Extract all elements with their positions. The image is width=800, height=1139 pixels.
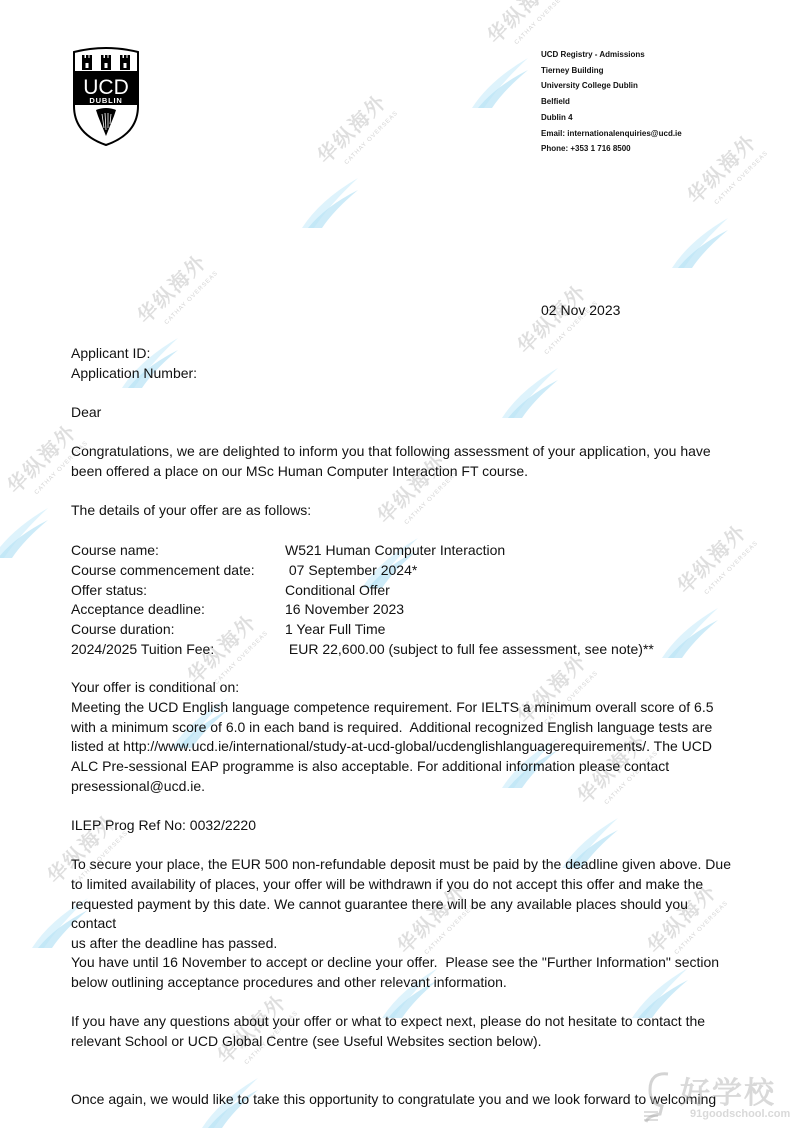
detail-row-tuition-fee: 2024/2025 Tuition Fee: EUR 22,600.00 (su… bbox=[71, 640, 654, 660]
deadline-paragraph: You have until 16 November to accept or … bbox=[71, 953, 731, 993]
detail-value: 16 November 2023 bbox=[285, 600, 404, 620]
cathay-overseas-watermark: 华纵海外CATHAY OVERSEAS bbox=[670, 180, 800, 270]
goodschool-url: 91goodschool.com bbox=[690, 1108, 790, 1120]
detail-label: Offer status: bbox=[71, 581, 285, 601]
goodschool-watermark: 好学校 91goodschool.com bbox=[640, 1068, 790, 1128]
address-line: UCD Registry - Admissions bbox=[541, 47, 682, 63]
deposit-line: requested payment by this date. We canno… bbox=[71, 895, 731, 935]
swoosh-icon bbox=[300, 170, 360, 230]
applicant-info: Applicant ID: Application Number: bbox=[71, 344, 731, 384]
detail-row-commencement: Course commencement date: 07 September 2… bbox=[71, 561, 654, 581]
intro-line: Congratulations, we are delighted to inf… bbox=[71, 442, 731, 462]
cathay-overseas-watermark: 华纵海外CATHAY OVERSEAS bbox=[200, 1040, 350, 1130]
conditions-line: with a minimum score of 6.0 in each band… bbox=[71, 718, 731, 738]
conditions-line: presessional@ucd.ie. bbox=[71, 777, 731, 797]
questions-line: relevant School or UCD Global Centre (se… bbox=[71, 1032, 731, 1052]
swoosh-icon bbox=[660, 600, 720, 660]
deadline-line: You have until 16 November to accept or … bbox=[71, 953, 731, 973]
goodschool-name: 好学校 bbox=[680, 1068, 776, 1112]
detail-label: Course name: bbox=[71, 541, 285, 561]
address-line: University College Dublin bbox=[541, 78, 682, 94]
letter-date: 02 Nov 2023 bbox=[541, 302, 620, 318]
swoosh-icon bbox=[470, 50, 530, 110]
address-email: Email: internationalenquiries@ucd.ie bbox=[541, 126, 682, 142]
address-line: Dublin 4 bbox=[541, 110, 682, 126]
questions-paragraph: If you have any questions about your off… bbox=[71, 1012, 731, 1052]
svg-text:DUBLIN: DUBLIN bbox=[89, 96, 122, 105]
detail-value: Conditional Offer bbox=[285, 581, 390, 601]
offer-details-table: Course name: W521 Human Computer Interac… bbox=[71, 541, 654, 660]
swoosh-icon bbox=[670, 210, 730, 270]
detail-label: Course duration: bbox=[71, 620, 285, 640]
details-intro: The details of your offer are as follows… bbox=[71, 501, 731, 521]
conditions-line: listed at http://www.ucd.ie/internationa… bbox=[71, 737, 731, 757]
conditions-heading: Your offer is conditional on: bbox=[71, 678, 731, 698]
conditions-line: ALC Pre-sessional EAP programme is also … bbox=[71, 757, 731, 777]
detail-label: 2024/2025 Tuition Fee: bbox=[71, 640, 285, 660]
address-line: Tierney Building bbox=[541, 63, 682, 79]
detail-row-acceptance-deadline: Acceptance deadline: 16 November 2023 bbox=[71, 600, 654, 620]
detail-row-offer-status: Offer status: Conditional Offer bbox=[71, 581, 654, 601]
sender-address: UCD Registry - Admissions Tierney Buildi… bbox=[541, 47, 682, 157]
salutation: Dear bbox=[71, 403, 731, 423]
detail-label: Course commencement date: bbox=[71, 561, 285, 581]
address-line: Belfield bbox=[541, 94, 682, 110]
cathay-overseas-watermark: 华纵海外CATHAY OVERSEAS bbox=[660, 570, 800, 660]
address-phone: Phone: +353 1 716 8500 bbox=[541, 141, 682, 157]
conditions-line: Meeting the UCD English language compete… bbox=[71, 698, 731, 718]
deadline-line: below outlining acceptance procedures an… bbox=[71, 973, 731, 993]
goodschool-logo-icon bbox=[640, 1070, 680, 1126]
detail-label: Acceptance deadline: bbox=[71, 600, 285, 620]
ucd-logo: UCD DUBLIN bbox=[72, 44, 140, 146]
intro-line: been offered a place on our MSc Human Co… bbox=[71, 462, 731, 482]
conditions-section: Your offer is conditional on: Meeting th… bbox=[71, 678, 731, 797]
applicant-id-label: Applicant ID: bbox=[71, 344, 731, 364]
deposit-paragraph: To secure your place, the EUR 500 non-re… bbox=[71, 855, 731, 954]
detail-value: W521 Human Computer Interaction bbox=[285, 541, 505, 561]
deposit-line: us after the deadline has passed. bbox=[71, 934, 731, 954]
detail-value: EUR 22,600.00 (subject to full fee asses… bbox=[285, 640, 654, 660]
detail-row-duration: Course duration: 1 Year Full Time bbox=[71, 620, 654, 640]
swoosh-icon bbox=[0, 500, 50, 560]
deposit-line: To secure your place, the EUR 500 non-re… bbox=[71, 855, 731, 875]
detail-value: 07 September 2024* bbox=[285, 561, 417, 581]
cathay-overseas-watermark: 华纵海外CATHAY OVERSEAS bbox=[300, 140, 450, 230]
questions-line: If you have any questions about your off… bbox=[71, 1012, 731, 1032]
application-number-label: Application Number: bbox=[71, 364, 731, 384]
detail-value: 1 Year Full Time bbox=[285, 620, 385, 640]
intro-paragraph: Congratulations, we are delighted to inf… bbox=[71, 442, 731, 482]
ilep-reference: ILEP Prog Ref No: 0032/2220 bbox=[71, 816, 731, 836]
ucd-crest-icon: UCD DUBLIN bbox=[72, 44, 140, 146]
detail-row-course-name: Course name: W521 Human Computer Interac… bbox=[71, 541, 654, 561]
deposit-line: to limited availability of places, your … bbox=[71, 875, 731, 895]
